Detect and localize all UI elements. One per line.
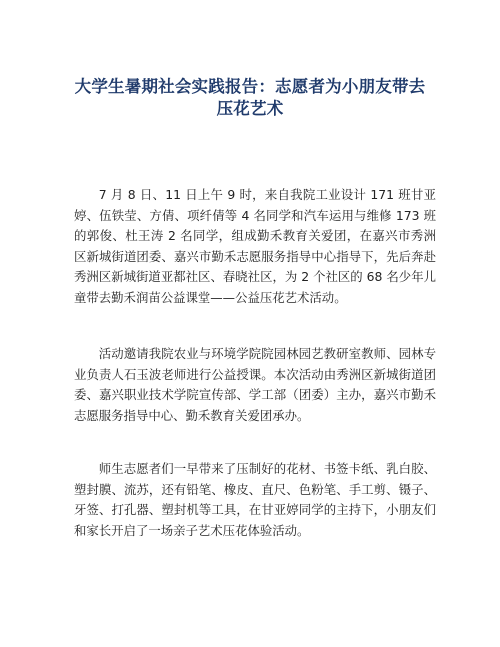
paragraph-event-overview: 7 月 8 日、11 日上午 9 时，来自我院工业设计 171 班甘亚婷、伍铁莹…: [74, 185, 436, 308]
paragraph-materials-activity: 师生志愿者们一早带来了压制好的花材、书签卡纸、乳白胶、塑封膜、流苏，还有铅笔、橡…: [74, 459, 436, 541]
paragraph-organizers: 活动邀请我院农业与环境学院院园林园艺教研室教师、园林专业负责人石玉波老师进行公益…: [74, 344, 436, 426]
document-title: 大学生暑期社会实践报告：志愿者为小朋友带去压花艺术: [70, 76, 430, 120]
document-page: 大学生暑期社会实践报告：志愿者为小朋友带去压花艺术 7 月 8 日、11 日上午…: [0, 0, 500, 647]
